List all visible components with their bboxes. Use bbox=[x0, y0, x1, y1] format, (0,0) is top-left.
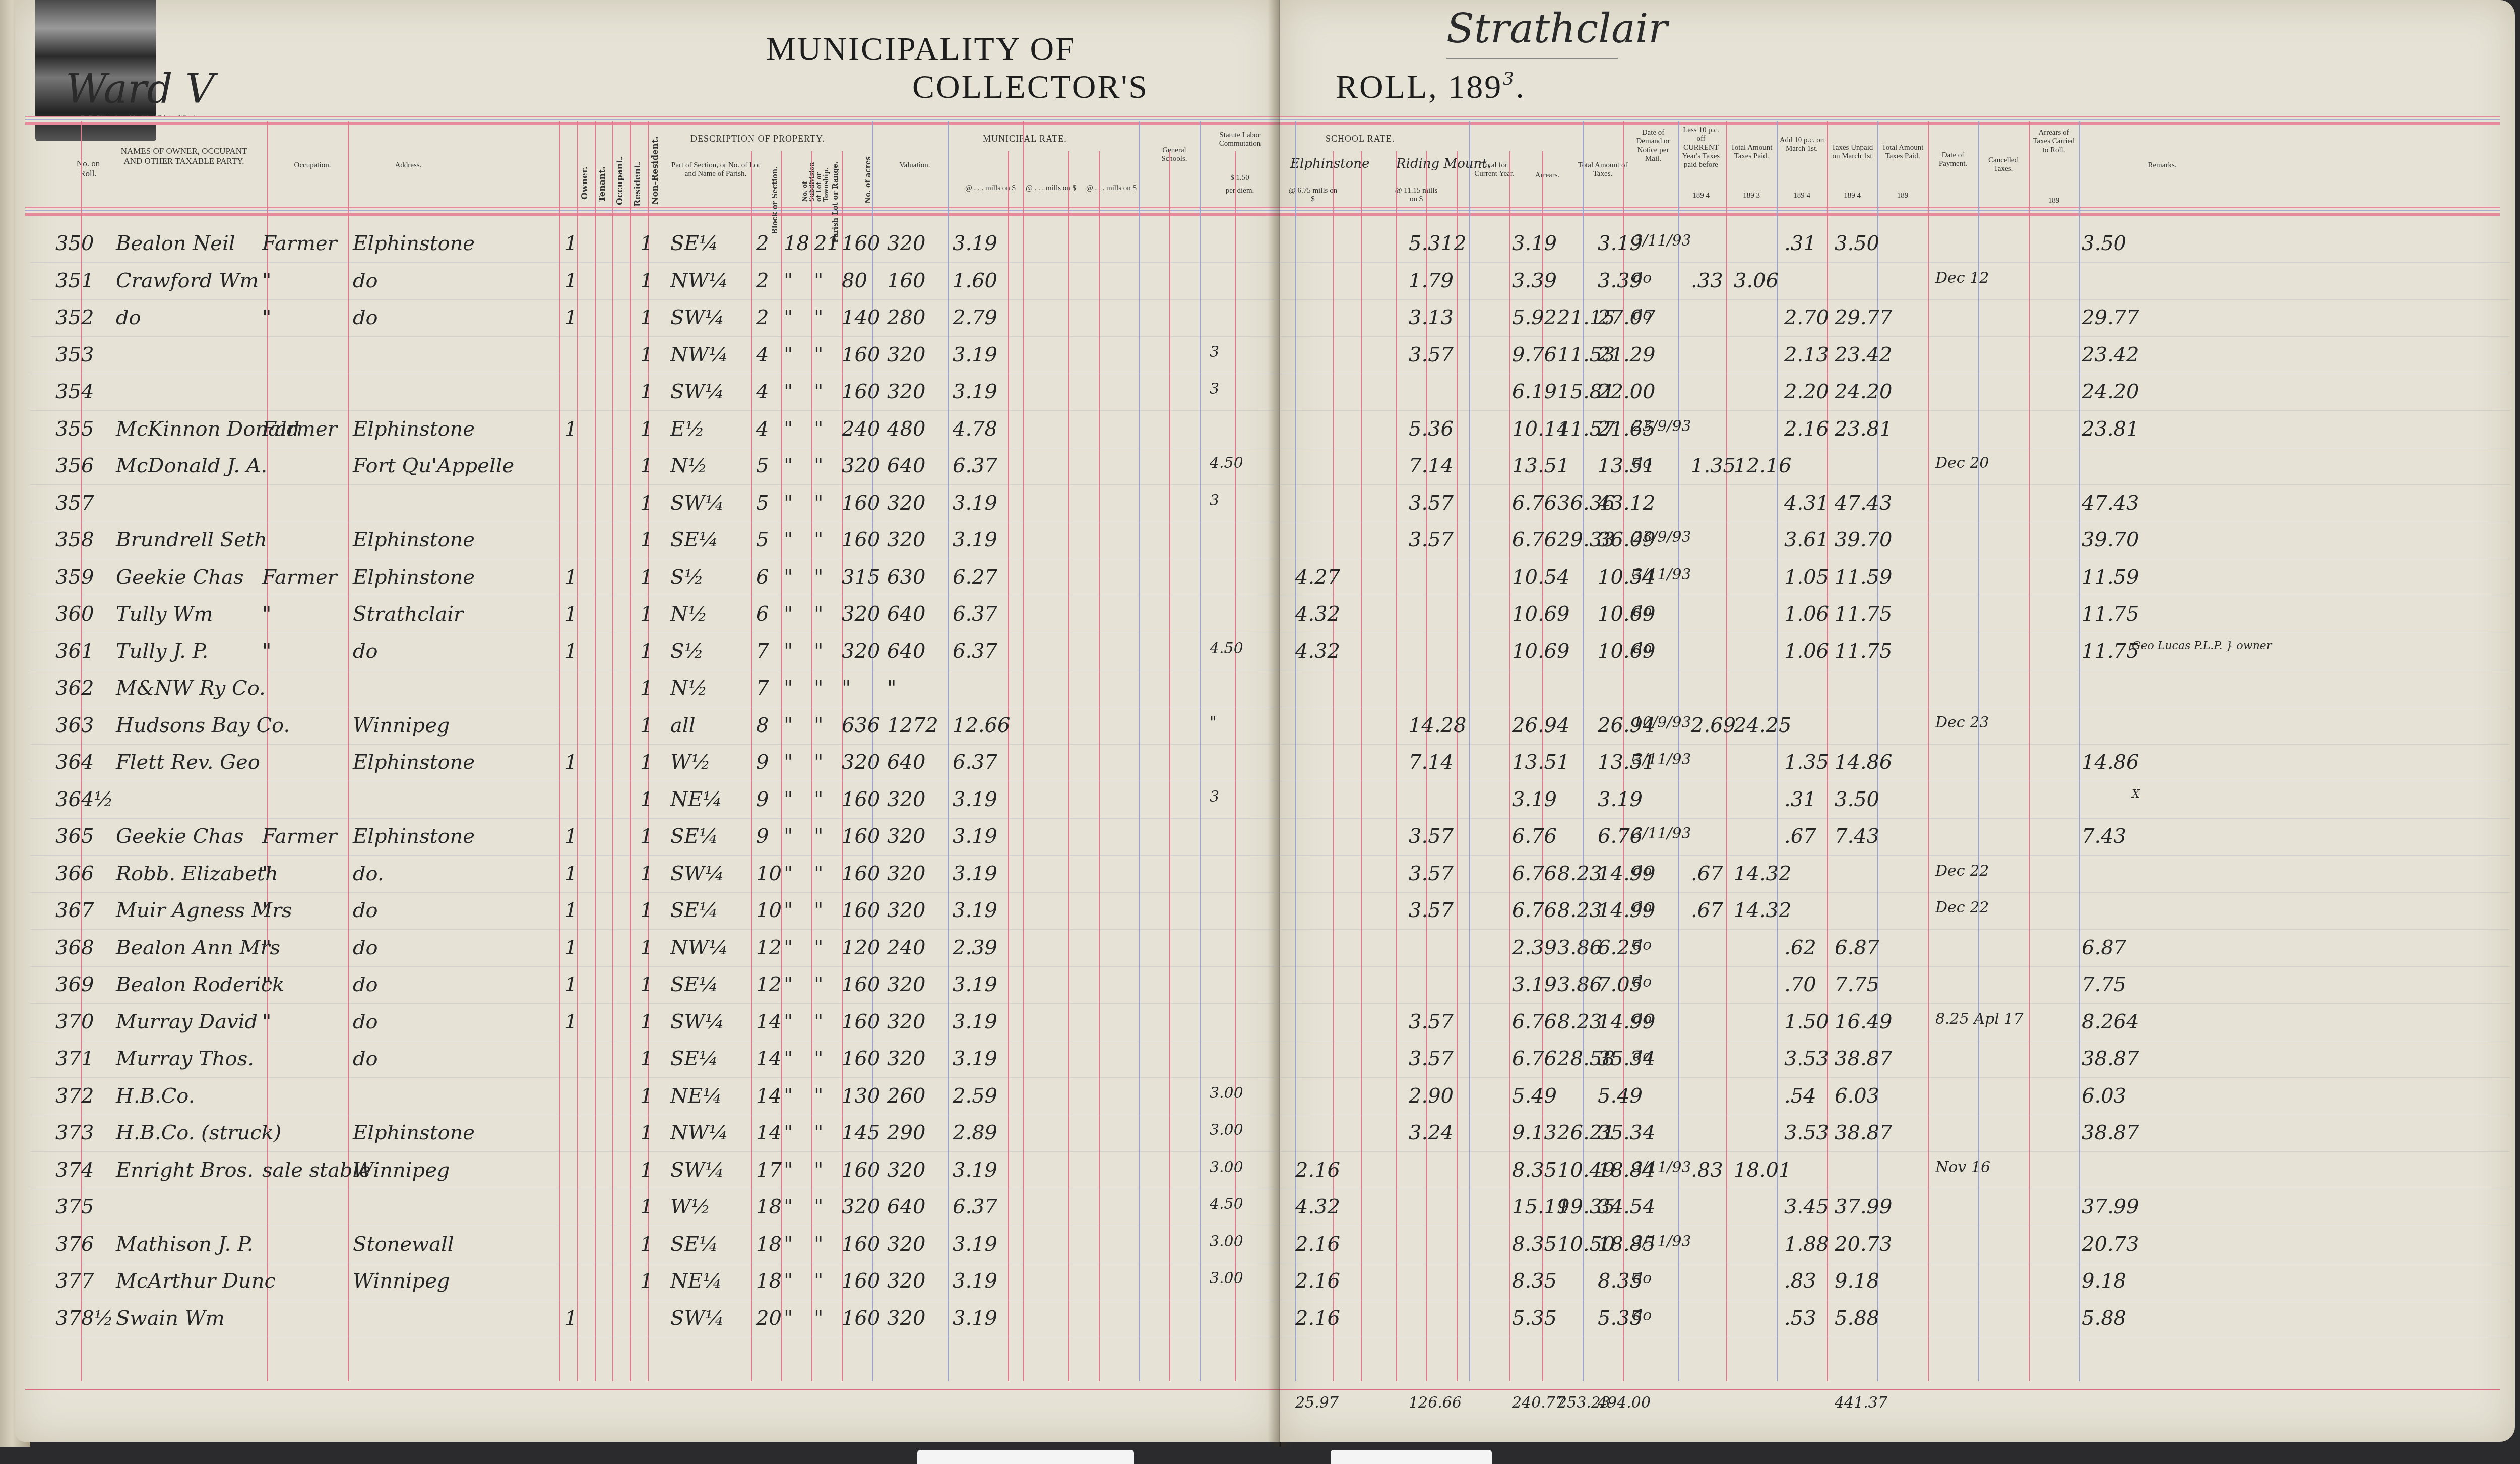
statute-labor: 3.00 bbox=[1210, 1084, 1243, 1102]
owner-mark: 1 bbox=[564, 602, 577, 626]
acres: 130 bbox=[842, 1084, 880, 1108]
general-schools-tax: 3.19 bbox=[953, 899, 997, 922]
total-paid: 18.01 bbox=[1734, 1158, 1792, 1182]
part-of-section: SW¼ bbox=[670, 306, 724, 329]
valuation: 640 bbox=[887, 1195, 925, 1218]
roll-number: 351 bbox=[55, 269, 94, 292]
occupation: Farmer bbox=[262, 566, 337, 589]
part-of-section: SE¼ bbox=[670, 973, 718, 996]
roll-number: 359 bbox=[55, 566, 94, 589]
total-current-year: 10.69 bbox=[1512, 640, 1570, 663]
resident-mark: 1 bbox=[640, 1084, 653, 1108]
part-of-section: N½ bbox=[670, 602, 708, 626]
township: " bbox=[784, 1084, 793, 1108]
total-paid: 14.32 bbox=[1734, 899, 1792, 922]
school-rate-2: 14.28 bbox=[1409, 714, 1467, 737]
add-10-pct: .31 bbox=[1784, 788, 1816, 811]
occupation: " bbox=[262, 269, 271, 292]
school-rate-1: 2.16 bbox=[1295, 1233, 1340, 1256]
range: " bbox=[814, 936, 823, 959]
township: " bbox=[784, 269, 793, 292]
part-of-section: SW¼ bbox=[670, 380, 724, 403]
resident-mark: 1 bbox=[640, 1010, 653, 1033]
section: 14 bbox=[756, 1084, 782, 1108]
demand-date: do bbox=[1633, 1047, 1652, 1065]
total-current-year: 5.35 bbox=[1512, 1307, 1557, 1330]
header-mills-3: @ . . . mills on $ bbox=[1084, 184, 1139, 193]
roll-number: 371 bbox=[55, 1047, 94, 1070]
taxes-unpaid: 5.88 bbox=[1835, 1307, 1879, 1330]
arrears: 3.86 bbox=[1557, 936, 1602, 959]
valuation: 320 bbox=[887, 973, 925, 996]
taxpayer-name: Enright Bros. bbox=[116, 1158, 254, 1182]
demand-date: do bbox=[1633, 1307, 1652, 1324]
demand-date: 10/9/93 bbox=[1633, 714, 1691, 731]
demand-date: 3/11/93 bbox=[1633, 1158, 1691, 1176]
township: " bbox=[784, 566, 793, 589]
taxpayer-name: H.B.Co. bbox=[116, 1084, 195, 1108]
add-10-pct: 2.70 bbox=[1784, 306, 1829, 329]
roll-number: 356 bbox=[55, 454, 94, 477]
resident-mark: 1 bbox=[640, 640, 653, 663]
resident-mark: 1 bbox=[640, 1121, 653, 1144]
acres: 120 bbox=[842, 936, 880, 959]
valuation: 240 bbox=[887, 936, 925, 959]
general-schools-tax: 3.19 bbox=[953, 492, 997, 515]
valuation: 320 bbox=[887, 528, 925, 552]
general-schools-tax: 4.78 bbox=[953, 417, 997, 441]
arrears-carried: 7.75 bbox=[2082, 973, 2126, 996]
school-rate-1: 4.27 bbox=[1295, 566, 1340, 589]
total-current-year: 3.19 bbox=[1512, 232, 1557, 255]
acres: 160 bbox=[842, 1047, 880, 1070]
taxes-unpaid: 6.03 bbox=[1835, 1084, 1879, 1108]
acres: 160 bbox=[842, 343, 880, 367]
range: " bbox=[814, 417, 823, 441]
taxpayer-name: M&NW Ry Co. bbox=[116, 677, 266, 700]
part-of-section: S½ bbox=[670, 566, 704, 589]
acres: 160 bbox=[842, 973, 880, 996]
arrears-carried: 3.50 bbox=[2082, 232, 2126, 255]
add-10-pct: 1.06 bbox=[1784, 602, 1829, 626]
range: " bbox=[814, 677, 823, 700]
header-school-rate: SCHOOL RATE. bbox=[1326, 134, 1395, 144]
acres: 320 bbox=[842, 454, 880, 477]
resident-mark: 1 bbox=[640, 825, 653, 848]
roll-number: 366 bbox=[55, 862, 94, 885]
payment-date: Dec 22 bbox=[1935, 899, 1989, 917]
less-10-pct: .67 bbox=[1691, 899, 1723, 922]
valuation: 320 bbox=[887, 862, 925, 885]
arrears-carried: 11.75 bbox=[2082, 640, 2139, 663]
part-of-section: NE¼ bbox=[670, 788, 722, 811]
total-current-year: 2.39 bbox=[1512, 936, 1557, 959]
roll-number: 368 bbox=[55, 936, 94, 959]
occupation: " bbox=[262, 973, 271, 996]
range: " bbox=[814, 566, 823, 589]
add-10-pct: 1.88 bbox=[1784, 1233, 1829, 1256]
address: Strathclair bbox=[353, 602, 463, 626]
general-schools-tax: 3.19 bbox=[953, 1233, 997, 1256]
range: " bbox=[814, 602, 823, 626]
range: " bbox=[814, 788, 823, 811]
taxpayer-name: Tully J. P. bbox=[116, 640, 208, 663]
demand-date: 3/11/93 bbox=[1633, 825, 1691, 842]
add-10-pct: 4.31 bbox=[1784, 492, 1829, 515]
part-of-section: SW¼ bbox=[670, 862, 724, 885]
resident-mark: 1 bbox=[640, 973, 653, 996]
roll-number: 364 bbox=[55, 751, 94, 774]
township: " bbox=[784, 454, 793, 477]
general-schools-tax: 6.37 bbox=[953, 454, 997, 477]
acres: 160 bbox=[842, 1010, 880, 1033]
total-current-year: 26.94 bbox=[1512, 714, 1570, 737]
resident-mark: 1 bbox=[640, 1233, 653, 1256]
arrears-carried: 47.43 bbox=[2082, 492, 2139, 515]
header-arrears: Arrears. bbox=[1522, 171, 1572, 180]
township: " bbox=[784, 1195, 793, 1218]
school-rate-2: 3.57 bbox=[1409, 1010, 1454, 1033]
general-schools-tax: 3.19 bbox=[953, 1047, 997, 1070]
range: " bbox=[814, 751, 823, 774]
less-10-pct: 2.69 bbox=[1691, 714, 1736, 737]
add-10-pct: .54 bbox=[1784, 1084, 1816, 1108]
part-of-section: SW¼ bbox=[670, 492, 724, 515]
school-rate-2: 7.14 bbox=[1409, 454, 1454, 477]
section: 18 bbox=[756, 1233, 782, 1256]
title-roll: ROLL, 1893. bbox=[1336, 68, 1526, 106]
section: 10 bbox=[756, 899, 782, 922]
payment-date: Dec 20 bbox=[1935, 454, 1989, 472]
demand-date: do bbox=[1633, 640, 1652, 657]
add-10-pct: 2.16 bbox=[1784, 417, 1829, 441]
address: do. bbox=[353, 862, 384, 885]
school-1-name: Elphinstone bbox=[1290, 156, 1369, 171]
total-current-year: 6.76 bbox=[1512, 1010, 1557, 1033]
valuation: 320 bbox=[887, 492, 925, 515]
address: Elphinstone bbox=[353, 232, 475, 255]
arrears-carried: 38.87 bbox=[2082, 1121, 2139, 1144]
taxes-unpaid: 11.59 bbox=[1835, 566, 1893, 589]
roll-number: 376 bbox=[55, 1233, 94, 1256]
general-schools-tax: 3.19 bbox=[953, 343, 997, 367]
range: " bbox=[814, 306, 823, 329]
bottom-tab-left bbox=[917, 1450, 1134, 1464]
section: 2 bbox=[756, 306, 769, 329]
total-current-year: 10.54 bbox=[1512, 566, 1570, 589]
statute-labor: 4.50 bbox=[1210, 454, 1243, 472]
total-current-year: 9.13 bbox=[1512, 1121, 1557, 1144]
total-taxes: 43.12 bbox=[1598, 492, 1656, 515]
acres: " bbox=[842, 677, 851, 700]
range: " bbox=[814, 862, 823, 885]
demand-date: do bbox=[1633, 602, 1652, 620]
township: " bbox=[784, 936, 793, 959]
roll-number: 374 bbox=[55, 1158, 94, 1182]
township: " bbox=[784, 1307, 793, 1330]
resident-mark: 1 bbox=[640, 1047, 653, 1070]
valuation: 640 bbox=[887, 602, 925, 626]
owner-mark: 1 bbox=[564, 936, 577, 959]
valuation: 320 bbox=[887, 232, 925, 255]
part-of-section: SE¼ bbox=[670, 899, 718, 922]
resident-mark: 1 bbox=[640, 232, 653, 255]
header-resident: Resident. bbox=[633, 161, 643, 207]
owner-mark: 1 bbox=[564, 640, 577, 663]
range: " bbox=[814, 343, 823, 367]
demand-date: do bbox=[1633, 306, 1652, 324]
general-schools-tax: 3.19 bbox=[953, 1307, 997, 1330]
range: 21 bbox=[814, 232, 840, 255]
township: " bbox=[784, 417, 793, 441]
demand-date: 3/11/93 bbox=[1633, 232, 1691, 250]
owner-mark: 1 bbox=[564, 566, 577, 589]
address: Winnipeg bbox=[353, 714, 450, 737]
school-rate-2: 3.24 bbox=[1409, 1121, 1454, 1144]
valuation: 320 bbox=[887, 343, 925, 367]
taxes-unpaid: 38.87 bbox=[1835, 1047, 1893, 1070]
taxpayer-name: Murray Thos. bbox=[116, 1047, 254, 1070]
school-rate-1: 4.32 bbox=[1295, 640, 1340, 663]
arrears-carried: 23.42 bbox=[2082, 343, 2139, 367]
general-schools-tax: 1.60 bbox=[953, 269, 997, 292]
school-rate-2: 3.57 bbox=[1409, 825, 1454, 848]
valuation: 320 bbox=[887, 788, 925, 811]
general-schools-tax: 6.27 bbox=[953, 566, 997, 589]
per-diem: per diem. bbox=[1210, 187, 1270, 195]
ledger-book: MUNICIPALITY OF COLLECTOR'S Ward V R. D.… bbox=[0, 0, 2520, 1464]
section: 14 bbox=[756, 1047, 782, 1070]
township: " bbox=[784, 492, 793, 515]
taxpayer-name: Robb. Elizabeth bbox=[116, 862, 278, 885]
township: " bbox=[784, 862, 793, 885]
bottom-tab-right bbox=[1331, 1450, 1492, 1464]
township: " bbox=[784, 343, 793, 367]
total-current-year: 8.35 bbox=[1512, 1233, 1557, 1256]
demand-date: 3/11/93 bbox=[1633, 566, 1691, 583]
acres: 160 bbox=[842, 825, 880, 848]
roll-number: 369 bbox=[55, 973, 94, 996]
header-band-top-right bbox=[1280, 116, 2500, 125]
header-statute-labor: Statute Labor Commutation bbox=[1210, 131, 1270, 149]
address: do bbox=[353, 936, 378, 959]
taxes-unpaid: 38.87 bbox=[1835, 1121, 1893, 1144]
part-of-section: SW¼ bbox=[670, 1307, 724, 1330]
resident-mark: 1 bbox=[640, 602, 653, 626]
total-current-year: 5.49 bbox=[1512, 1084, 1557, 1108]
general-schools-tax: 2.79 bbox=[953, 306, 997, 329]
acres: 160 bbox=[842, 1233, 880, 1256]
address: do bbox=[353, 1047, 378, 1070]
taxes-unpaid: 29.77 bbox=[1835, 306, 1893, 329]
demand-date: do bbox=[1633, 269, 1652, 287]
occupation: " bbox=[262, 640, 271, 663]
school-rate-1: 2.16 bbox=[1295, 1269, 1340, 1293]
school-rate-2: 1.79 bbox=[1409, 269, 1454, 292]
range: " bbox=[814, 492, 823, 515]
add-10-pct: 3.61 bbox=[1784, 528, 1829, 552]
header-roll-no: No. on Roll. bbox=[71, 159, 106, 178]
section: 5 bbox=[756, 454, 769, 477]
school-rate-2: 3.57 bbox=[1409, 528, 1454, 552]
section: 4 bbox=[756, 343, 769, 367]
statute-labor: 4.50 bbox=[1210, 1195, 1243, 1213]
arrears-carried: 37.99 bbox=[2082, 1195, 2139, 1218]
total-current-year: 13.51 bbox=[1512, 751, 1570, 774]
school-rate-2: 3.13 bbox=[1409, 306, 1454, 329]
owner-mark: 1 bbox=[564, 1010, 577, 1033]
header-non-resident: Non-Resident. bbox=[650, 136, 660, 205]
address: Fort Qu'Appelle bbox=[353, 454, 514, 477]
total-current-year: 6.76 bbox=[1512, 862, 1557, 885]
header-total-paid-2: Total Amount Taxes Paid. bbox=[1880, 144, 1925, 161]
roll-year-prefix: ROLL, 189 bbox=[1336, 69, 1502, 105]
part-of-section: SW¼ bbox=[670, 1010, 724, 1033]
section: 9 bbox=[756, 788, 769, 811]
township: " bbox=[784, 640, 793, 663]
total-current-year: 10.69 bbox=[1512, 602, 1570, 626]
demand-date: 23/9/93 bbox=[1633, 417, 1691, 435]
total-paid: 24.25 bbox=[1734, 714, 1792, 737]
address: Stonewall bbox=[353, 1233, 454, 1256]
acres: 160 bbox=[842, 1269, 880, 1293]
resident-mark: 1 bbox=[640, 492, 653, 515]
address: do bbox=[353, 899, 378, 922]
arrears-carried: 14.86 bbox=[2082, 751, 2139, 774]
roll-number: 353 bbox=[55, 343, 94, 367]
roll-number: 361 bbox=[55, 640, 94, 663]
section: 14 bbox=[756, 1010, 782, 1033]
header-occupant: Occupant. bbox=[615, 156, 625, 205]
header-less-10: Less 10 p.c. off CURRENT Year's Taxes pa… bbox=[1678, 126, 1724, 169]
taxes-unpaid: 7.75 bbox=[1835, 973, 1879, 996]
arrears-carried: 7.43 bbox=[2082, 825, 2126, 848]
township: " bbox=[784, 1010, 793, 1033]
school-rate-2: 7.14 bbox=[1409, 751, 1454, 774]
roll-number: 370 bbox=[55, 1010, 94, 1033]
township: " bbox=[784, 1158, 793, 1182]
total-current-year: 6.76 bbox=[1512, 528, 1557, 552]
resident-mark: 1 bbox=[640, 788, 653, 811]
general-schools-tax: 3.19 bbox=[953, 232, 997, 255]
valuation: 320 bbox=[887, 1047, 925, 1070]
arrears-carried: 5.88 bbox=[2082, 1307, 2126, 1330]
occupation: Farmer bbox=[262, 417, 337, 441]
valuation: 320 bbox=[887, 1269, 925, 1293]
part-of-section: all bbox=[670, 714, 695, 737]
total-current-year: 5.92 bbox=[1512, 306, 1557, 329]
header-date-payment: Date of Payment. bbox=[1930, 151, 1976, 169]
taxes-unpaid: 39.70 bbox=[1835, 528, 1893, 552]
header-add-10: Add 10 p.c. on March 1st. bbox=[1779, 136, 1824, 154]
range: " bbox=[814, 1121, 823, 1144]
resident-mark: 1 bbox=[640, 677, 653, 700]
arrears-carried: 20.73 bbox=[2082, 1233, 2139, 1256]
header-remarks: Remarks. bbox=[2097, 161, 2228, 170]
total-current-year: 6.76 bbox=[1512, 825, 1557, 848]
part-of-section: S½ bbox=[670, 640, 704, 663]
resident-mark: 1 bbox=[640, 306, 653, 329]
section: 6 bbox=[756, 602, 769, 626]
total-current-year: 6.76 bbox=[1512, 899, 1557, 922]
total-taxes: 21.29 bbox=[1598, 343, 1656, 367]
school-rate-2: 3.57 bbox=[1409, 899, 1454, 922]
part-of-section: E½ bbox=[670, 417, 705, 441]
total-current-year: 3.19 bbox=[1512, 973, 1557, 996]
arrears: 3.86 bbox=[1557, 973, 1602, 996]
statute-rate: $ 1.50 bbox=[1210, 174, 1270, 182]
school-rate-2: 5.36 bbox=[1409, 417, 1454, 441]
taxpayer-name: Flett Rev. Geo bbox=[116, 751, 260, 774]
roll-year-suffix: 3 bbox=[1502, 69, 1516, 89]
part-of-section: SE¼ bbox=[670, 1233, 718, 1256]
valuation: 1272 bbox=[887, 714, 938, 737]
resident-mark: 1 bbox=[640, 862, 653, 885]
demand-date: 23/9/93 bbox=[1633, 528, 1691, 546]
part-of-section: N½ bbox=[670, 677, 708, 700]
statute-labor: 3.00 bbox=[1210, 1233, 1243, 1250]
grand-total-amount: 494.00 bbox=[1598, 1394, 1651, 1412]
section: 18 bbox=[756, 1195, 782, 1218]
header-municipal-rate: MUNICIPAL RATE. bbox=[983, 134, 1067, 144]
header-cancelled: Cancelled Taxes. bbox=[1981, 156, 2026, 174]
township: " bbox=[784, 825, 793, 848]
address: Winnipeg bbox=[353, 1158, 450, 1182]
township: " bbox=[784, 528, 793, 552]
acres: 140 bbox=[842, 306, 880, 329]
demand-date: do bbox=[1633, 1010, 1652, 1028]
taxpayer-name: Bealon Roderick bbox=[116, 973, 284, 996]
roll-number: 357 bbox=[55, 492, 94, 515]
school-rate-2: 3.57 bbox=[1409, 862, 1454, 885]
address: Winnipeg bbox=[353, 1269, 450, 1293]
header-valuation: Valuation. bbox=[887, 161, 942, 170]
taxpayer-name: Bealon Ann Mrs bbox=[116, 936, 280, 959]
valuation: 290 bbox=[887, 1121, 925, 1144]
part-of-section: SE¼ bbox=[670, 528, 718, 552]
range: " bbox=[814, 1269, 823, 1293]
header-description: DESCRIPTION OF PROPERTY. bbox=[690, 134, 825, 144]
taxes-unpaid: 11.75 bbox=[1835, 640, 1893, 663]
section: 5 bbox=[756, 528, 769, 552]
range: " bbox=[814, 1307, 823, 1330]
general-schools-tax: 3.19 bbox=[953, 862, 997, 885]
total-taxes: 35.34 bbox=[1598, 1121, 1656, 1144]
school-2-rate: @ 11.15 mills on $ bbox=[1391, 187, 1441, 204]
statute-labor: 4.50 bbox=[1210, 640, 1243, 657]
roll-number: 355 bbox=[55, 417, 94, 441]
resident-mark: 1 bbox=[640, 751, 653, 774]
resident-mark: 1 bbox=[640, 380, 653, 403]
section: 17 bbox=[756, 1158, 782, 1182]
demand-date: do bbox=[1633, 936, 1652, 954]
acres: 160 bbox=[842, 1158, 880, 1182]
demand-date: 3/11/93 bbox=[1633, 751, 1691, 768]
header-general-schools: General Schools. bbox=[1149, 146, 1200, 164]
range: " bbox=[814, 1047, 823, 1070]
taxpayer-name: Mathison J. P. bbox=[116, 1233, 253, 1256]
school-rate-2: 2.90 bbox=[1409, 1084, 1454, 1108]
section: 8 bbox=[756, 714, 769, 737]
school-rate-1: 4.32 bbox=[1295, 602, 1340, 626]
payment-date: Dec 23 bbox=[1935, 714, 1989, 731]
owner-mark: 1 bbox=[564, 306, 577, 329]
less-10-pct: .67 bbox=[1691, 862, 1723, 885]
acres: 320 bbox=[842, 751, 880, 774]
add-10-pct: 1.35 bbox=[1784, 751, 1829, 774]
range: " bbox=[814, 899, 823, 922]
section: 4 bbox=[756, 380, 769, 403]
